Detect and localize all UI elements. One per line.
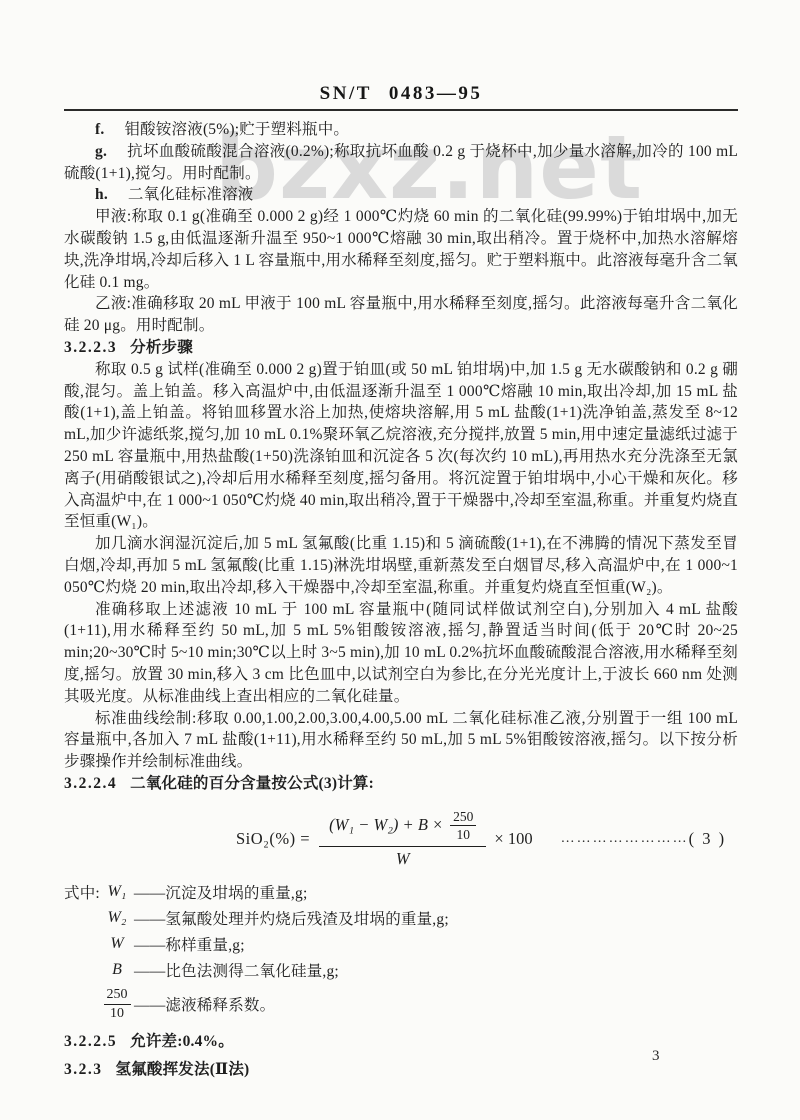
fraction-denominator: 10	[457, 826, 471, 843]
list-item-label: f.	[95, 121, 104, 138]
paragraph-procedure-2: 加几滴水润湿沉淀后,加 5 mL 氢氟酸(比重 1.15)和 5 滴硫酸(1+1…	[64, 533, 738, 598]
symbol-description: ——沉淀及坩埚的重量,g;	[134, 881, 308, 903]
formula-lhs: SiO₂(%) =	[236, 829, 310, 850]
page-number: 3	[652, 1048, 660, 1065]
formula-number: ( 3 )	[689, 829, 727, 850]
formula-denominator: W	[396, 847, 410, 870]
symbol-description: ——氢氟酸处理并灼烧后残渣及坩埚的重量,g;	[134, 907, 449, 929]
section-number: 3.2.3	[64, 1061, 103, 1078]
symbol-description: ——比色法测得二氧化硅量,g;	[134, 959, 339, 981]
symbol-term: B	[100, 961, 134, 979]
formula-3: SiO₂(%) = (W₁ − W₂) + B × 250 10 W × 100…	[64, 809, 738, 870]
section-title: 氢氟酸挥发法(Ⅱ法)	[116, 1061, 250, 1078]
formula-dot-leader: ……………………	[561, 830, 689, 848]
list-item-h: h.二氧化硅标准溶液	[64, 184, 738, 206]
symbol-row-w1: 式中: W₁ ——沉淀及坩埚的重量,g;	[64, 879, 738, 905]
dilution-factor-fraction: 250 10	[450, 809, 476, 843]
paragraph-procedure-3: 准确移取上述滤液 10 mL 于 100 mL 容量瓶中(随同试样做试剂空白),…	[64, 599, 738, 708]
section-number: 3.2.2.4	[64, 775, 117, 792]
section-heading-3223: 3.2.2.3分析步骤	[64, 337, 738, 359]
paragraph-standard-curve: 标准曲线绘制:移取 0.00,1.00,2.00,3.00,4.00,5.00 …	[64, 708, 738, 773]
symbol-description: ——滤液稀释系数。	[134, 993, 275, 1015]
list-item-text: 抗坏血酸硫酸混合溶液(0.2%);称取抗坏血酸 0.2 g 于烧杯中,加少量水溶…	[64, 143, 738, 182]
symbol-row-w: W ——称样重量,g;	[64, 931, 738, 957]
page-content: SN/T 0483—95 f.钼酸铵溶液(5%);贮于塑料瓶中。 g.抗坏血酸硫…	[64, 0, 738, 1081]
paragraph-solution-b: 乙液:准确移取 20 mL 甲液于 100 mL 容量瓶中,用水稀释至刻度,摇匀…	[64, 293, 738, 337]
list-item-text: 钼酸铵溶液(5%);贮于塑料瓶中。	[124, 121, 349, 138]
fraction-numerator: 250	[450, 809, 476, 827]
symbols-intro: 式中:	[64, 881, 100, 903]
formula-numerator: (W₁ − W₂) + B × 250 10	[319, 809, 486, 847]
list-item-text: 二氧化硅标准溶液	[128, 186, 254, 203]
section-title: 二氧化硅的百分含量按公式(3)计算:	[130, 775, 374, 792]
symbol-term-fraction: 250 10	[100, 987, 134, 1022]
formula-multiplier: × 100	[494, 829, 532, 850]
fraction-numerator: 250	[104, 987, 131, 1005]
section-heading-323: 3.2.3氢氟酸挥发法(Ⅱ法)	[64, 1059, 738, 1081]
section-title: 允许差:0.4%。	[130, 1033, 234, 1050]
symbol-term: W	[100, 935, 134, 953]
header-rule	[64, 109, 738, 111]
symbol-row-dilution: 250 10 ——滤液稀释系数。	[64, 983, 738, 1025]
section-heading-3225: 3.2.2.5允许差:0.4%。	[64, 1031, 738, 1053]
section-number: 3.2.2.5	[64, 1033, 117, 1050]
symbol-term: W₂	[100, 909, 134, 927]
paragraph-solution-a: 甲液:称取 0.1 g(准确至 0.000 2 g)经 1 000℃灼烧 60 …	[64, 206, 738, 293]
document-scan-page: bzxz.net SN/T 0483—95 f.钼酸铵溶液(5%);贮于塑料瓶中…	[0, 0, 800, 1120]
symbol-definitions: 式中: W₁ ——沉淀及坩埚的重量,g; W₂ ——氢氟酸处理并灼烧后残渣及坩埚…	[64, 879, 738, 1025]
formula-fraction: (W₁ − W₂) + B × 250 10 W	[319, 809, 486, 870]
section-heading-3224: 3.2.2.4二氧化硅的百分含量按公式(3)计算:	[64, 773, 738, 795]
paragraph-procedure-1: 称取 0.5 g 试样(准确至 0.000 2 g)置于铂皿(或 50 mL 铂…	[64, 359, 738, 533]
fraction-denominator: 10	[110, 1005, 124, 1022]
symbol-term: W₁	[100, 883, 134, 901]
list-item-label: h.	[95, 186, 108, 203]
formula-numerator-text: (W₁ − W₂) + B ×	[329, 815, 443, 836]
list-item-g: g.抗坏血酸硫酸混合溶液(0.2%);称取抗坏血酸 0.2 g 于烧杯中,加少量…	[64, 141, 738, 185]
section-number: 3.2.2.3	[64, 339, 117, 356]
section-title: 分析步骤	[130, 339, 193, 356]
standard-code-header: SN/T 0483—95	[64, 83, 738, 105]
symbol-row-b: B ——比色法测得二氧化硅量,g;	[64, 957, 738, 983]
list-item-label: g.	[95, 143, 107, 160]
list-item-f: f.钼酸铵溶液(5%);贮于塑料瓶中。	[64, 119, 738, 141]
symbol-row-w2: W₂ ——氢氟酸处理并灼烧后残渣及坩埚的重量,g;	[64, 905, 738, 931]
symbol-description: ——称样重量,g;	[134, 933, 245, 955]
